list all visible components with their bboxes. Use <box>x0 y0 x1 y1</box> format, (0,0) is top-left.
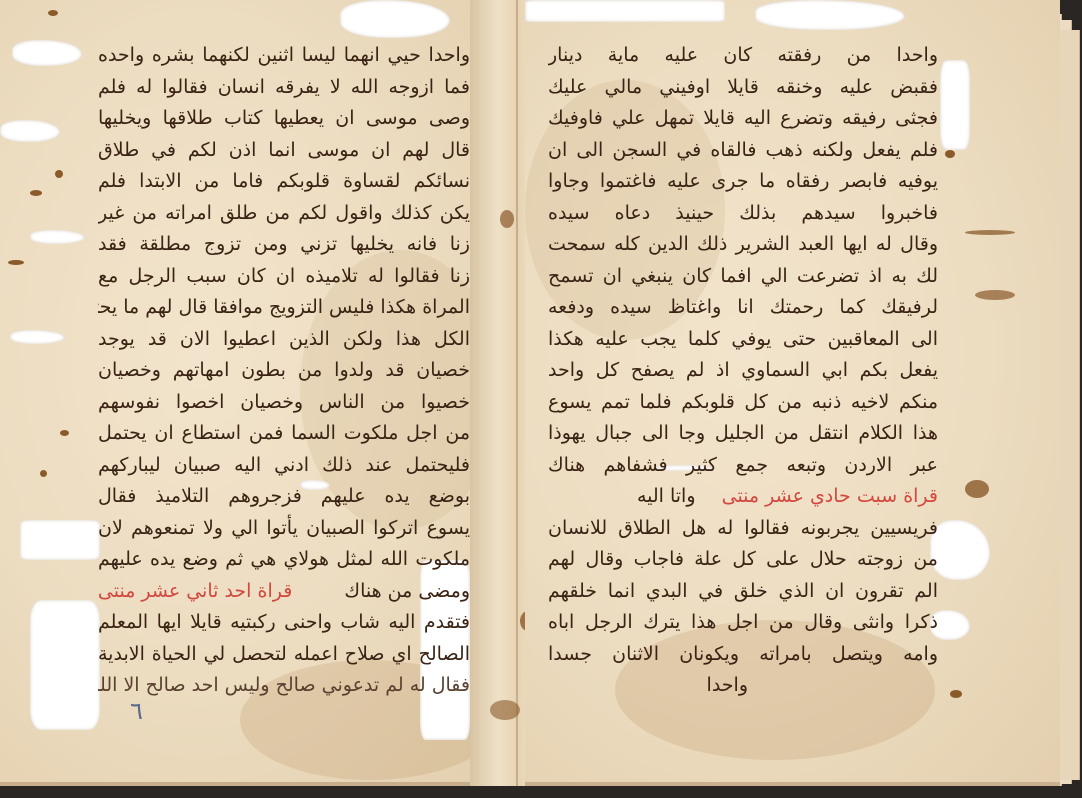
text-line: يسوع اتركوا الصبيان يأتوا الي ولا تمنعوه… <box>98 513 470 545</box>
text-line: منكم لاخيه ذنبه من كل قلوبكم فلما تمم يس… <box>548 387 938 419</box>
text-line: زنا فانه يخليها تزني ومن تزوج مطلقة فقد <box>98 229 470 261</box>
text-line: الم تقرون ان الذي خلق في البدي انما خلقه… <box>548 576 938 608</box>
text-line: لك به اذ تضرعت الي افما كان ينبغي ان تسم… <box>548 261 938 293</box>
damage-hole <box>30 600 100 730</box>
rubric-heading: قراة احد ثاني عشر منتى <box>98 580 292 602</box>
ink-spot <box>975 290 1015 300</box>
text-line: فقبض عليه وخنقه قايلا اوفيني مالي عليك <box>548 72 938 104</box>
text-line: الكل هذا ولكن الذين اعطيوا الان قد يوجد <box>98 324 470 356</box>
damage-hole <box>20 520 100 560</box>
background-surface <box>0 786 1082 798</box>
text-line: زنا فقالوا له تلاميذه ان كان سبب الرجل م… <box>98 261 470 293</box>
text-line: واحدا من رفقته كان عليه ماية دينار <box>548 40 938 72</box>
text-line: المراة هكذا فليس التزويج موافقا قال لهم … <box>98 292 470 324</box>
text-line: وقال له ايها العبد الشرير ذلك الدين كله … <box>548 229 938 261</box>
text-line: من زوجته حلال على كل علة فاجاب وقال لهم <box>548 544 938 576</box>
ink-spot <box>965 480 989 498</box>
ink-spot <box>490 700 520 720</box>
manuscript-spread: واحدا حيي انهما ليسا اثنين لكنهما بشره و… <box>0 0 1082 798</box>
damage-hole <box>525 0 725 22</box>
text-line: فاخبروا سيدهم بذلك حينيذ دعاه سيده <box>548 198 938 230</box>
text-line: فتقدم اليه شاب واحنى ركبتيه قايلا ايها ا… <box>98 607 470 639</box>
text-line: فما ازوجه الله لا يفرقه انسان فقالوا له … <box>98 72 470 104</box>
ink-spot <box>48 10 58 16</box>
text-line-with-rubric: قراة سبت حادي عشر منتى واتا اليه <box>548 481 938 513</box>
text-line: فقال له لم تدعوني صالح وليس احد صالح الا… <box>98 670 470 702</box>
ink-spot <box>60 430 69 436</box>
text-line: فلم يفعل ولكنه ذهب فالقاه في السجن الى ا… <box>548 135 938 167</box>
text-line: واحدا حيي انهما ليسا اثنين لكنهما بشره و… <box>98 40 470 72</box>
ink-spot <box>950 690 962 698</box>
text-line: وصى موسى ان يعطيها كتاب طلاقها ويخليها <box>98 103 470 135</box>
text-line: الى المعاقبين حتى يوفي كلما يجب عليه هكذ… <box>548 324 938 356</box>
left-page-text: واحدا حيي انهما ليسا اثنين لكنهما بشره و… <box>98 40 470 702</box>
ink-spot <box>945 150 955 158</box>
text-line: خصيوا من الناس وخصيان اخصوا نفوسهم <box>98 387 470 419</box>
text-line: يوفيه فابصر رفقاه ما جرى عليه فاغتموا وج… <box>548 166 938 198</box>
ink-spot <box>8 260 24 265</box>
damage-hole <box>12 40 82 66</box>
text-line: ملكوت الله لمثل هولاي هي ثم وضع يده عليه… <box>98 544 470 576</box>
text-line: وامه ويتصل بامراته ويكونان الاثنان جسدا <box>548 639 938 671</box>
text-line: لرفيقك كما رحمتك انا واغتاظ سيده ودفعه <box>548 292 938 324</box>
text-line: فجثى رفيقه وتضرع اليه قايلا تمهل علي فاو… <box>548 103 938 135</box>
text-line: ذكرا وانثى وقال من اجل هذا يترك الرجل اب… <box>548 607 938 639</box>
text-line: خصيان قد ولدوا من بطون امهاتهم وخصيان <box>98 355 470 387</box>
text-line: قال لهم ان موسى انما اذن لكم في طلاق <box>98 135 470 167</box>
ink-spot <box>500 210 514 228</box>
rubric-heading: قراة سبت حادي عشر منتى <box>722 485 938 507</box>
text-line-with-rubric: ومضى من هناك قراة احد ثاني عشر منتى <box>98 576 470 608</box>
damage-hole <box>0 120 60 142</box>
damage-hole <box>940 60 970 150</box>
text-line: الصالح اي صلاح اعمله لتحصل لي الحياة الا… <box>98 639 470 671</box>
ink-spot <box>965 230 1015 235</box>
text-line: فليحتمل عند ذلك ادني اليه صبيان ليباركهم <box>98 450 470 482</box>
text-line: نسائكم لقساوة قلوبكم فاما من الابتدا فلم <box>98 166 470 198</box>
text-fragment: واتا اليه <box>637 485 696 507</box>
text-line: واحدا <box>548 670 938 702</box>
damage-hole <box>340 0 450 38</box>
damage-hole <box>10 330 65 344</box>
text-line: من اجل ملكوت السما فمن استطاع ان يحتمل <box>98 418 470 450</box>
text-line: بوضع يده عليهم فزجروهم التلاميذ فقال <box>98 481 470 513</box>
damage-hole <box>755 0 905 30</box>
text-fragment: ومضى من هناك <box>344 580 470 602</box>
spine-crease <box>516 0 518 798</box>
damage-hole <box>930 520 990 580</box>
folio-number: ٦ <box>130 697 143 725</box>
ink-spot <box>40 470 47 477</box>
text-line: فريسيين يجربونه فقالوا له هل الطلاق للان… <box>548 513 938 545</box>
text-line: هذا الكلام انتقل من الجليل وجا الى جبال … <box>548 418 938 450</box>
text-line: عبر الاردن وتبعه جمع كثير فشفاهم هناك <box>548 450 938 482</box>
text-line: يفعل بكم ابي السماوي اذ لم يصفح كل واحد <box>548 355 938 387</box>
ink-spot <box>55 170 63 178</box>
text-line: يكن كذلك واقول لكم من طلق امراته من غير <box>98 198 470 230</box>
ink-spot <box>30 190 42 196</box>
right-page-text: واحدا من رفقته كان عليه ماية دينار فقبض … <box>548 40 938 702</box>
damage-hole <box>30 230 85 244</box>
